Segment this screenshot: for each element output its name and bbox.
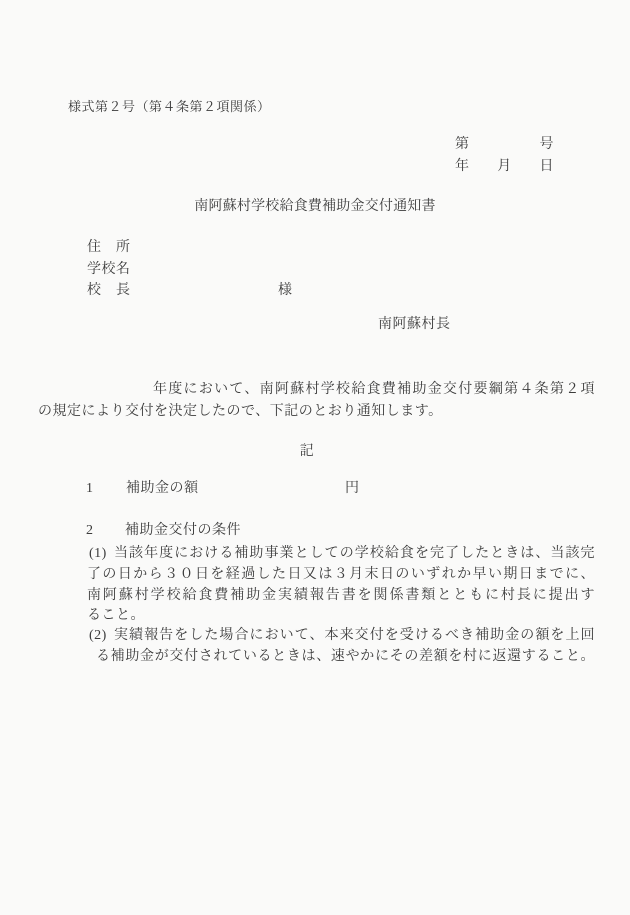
date-day-label: 日 [540, 157, 555, 177]
item-2-number: 2 [86, 521, 94, 541]
document-number-line: 第 号 [455, 135, 554, 155]
condition-1-line-2: 了の日から３０日を経過した日又は３月末日のいずれか早い期日までに、 [87, 565, 595, 585]
document-title: 南阿蘇村学校給食費補助金交付通知書 [0, 197, 630, 217]
sender-village-mayor: 南阿蘇村長 [378, 315, 451, 335]
record-marker: 記 [0, 442, 614, 462]
body-paragraph-line-2: の規定により交付を決定したので、下記のとおり通知します。 [38, 402, 443, 422]
form-number-label: 様式第２号（第４条第２項関係） [68, 97, 271, 117]
addressee-address-label: 住 所 [87, 238, 131, 258]
item-2-label: 補助金交付の条件 [125, 521, 241, 541]
addressee-school-name-label: 学校名 [87, 260, 131, 280]
condition-1-number: (1) [89, 544, 107, 564]
condition-1-line-3: 南阿蘇村学校給食費補助金実績報告書を関係書類とともに村長に提出す [87, 586, 595, 606]
item-1-currency-unit: 円 [345, 479, 360, 499]
issue-date-line: 年 月 日 [455, 157, 554, 177]
date-year-label: 年 [455, 157, 470, 177]
document-number-suffix: 号 [540, 135, 555, 155]
date-month-label: 月 [497, 157, 512, 177]
body-paragraph-line-1: 年度において、南阿蘇村学校給食費補助金交付要綱第４条第２項 [153, 380, 595, 400]
addressee-honorific: 様 [278, 281, 293, 301]
addressee-principal-label: 校 長 [87, 281, 131, 301]
grant-notification-document-page: 様式第２号（第４条第２項関係） 第 号 年 月 日 南阿蘇村学校給食費補助金交付… [0, 0, 630, 915]
condition-2-number: (2) [89, 626, 107, 646]
condition-1-line-1: 当該年度における補助事業としての学校給食を完了したときは、当該完 [114, 544, 595, 564]
condition-2-line-1: 実績報告をした場合において、本来交付を受けるべき補助金の額を上回 [114, 626, 595, 646]
item-1-number: 1 [86, 479, 94, 499]
document-number-prefix: 第 [455, 135, 470, 155]
condition-1-line-4: ること。 [87, 606, 145, 626]
condition-2-line-2: る補助金が交付されているときは、速やかにその差額を村に返還すること。 [96, 647, 595, 667]
item-1-label: 補助金の額 [126, 479, 199, 499]
